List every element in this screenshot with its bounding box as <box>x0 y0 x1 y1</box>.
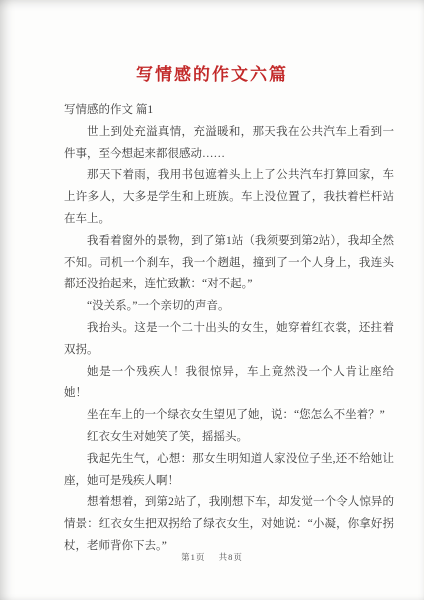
document-page: 写情感的作文六篇 写情感的作文 篇1 世上到处充溢真情，充溢暖和，那天我在公共汽… <box>0 0 424 600</box>
paragraph: 我看着窗外的景物，到了第1站（我须要到第2站），我却全然不知。司机一个刹车，我一… <box>64 231 394 296</box>
page-title: 写情感的作文六篇 <box>0 0 424 85</box>
page-footer: 第1页 共8页 <box>0 551 424 563</box>
section-heading: 写情感的作文 篇1 <box>64 100 394 122</box>
paragraph: 那天下着雨，我用书包遮着头上上了公共汽车打算回家，车上许多人，大多是学生和上班族… <box>64 165 394 230</box>
paragraph: 她是一个残疾人！我很惊异，车上竟然没一个人肯让座给她！ <box>64 362 394 406</box>
paragraph: 坐在车上的一个绿衣女生望见了她，说：“您怎么不坐着？” <box>64 405 394 427</box>
paragraph: 我起先生气，心想：那女生明知道人家没位子坐,还不给她让座，她可是残疾人啊！ <box>64 449 394 493</box>
paragraph: 红衣女生对她笑了笑，摇摇头。 <box>64 427 394 449</box>
footer-total-pages: 共8页 <box>219 551 243 563</box>
paragraph: “没关系。”一个亲切的声音。 <box>64 296 394 318</box>
paragraph: 想着想着，到第2站了，我刚想下车，却发觉一个令人惊异的情景：红衣女生把双拐给了绿… <box>64 492 394 557</box>
paragraph: 我抬头。这是一个二十出头的女生，她穿着红衣裳，还拄着双拐。 <box>64 318 394 362</box>
footer-page-number: 第1页 <box>181 551 205 563</box>
document-body: 写情感的作文 篇1 世上到处充溢真情，充溢暖和，那天我在公共汽车上看到一件事，至… <box>64 100 394 558</box>
paragraph: 世上到处充溢真情，充溢暖和，那天我在公共汽车上看到一件事，至今想起来都很感动…… <box>64 122 394 166</box>
